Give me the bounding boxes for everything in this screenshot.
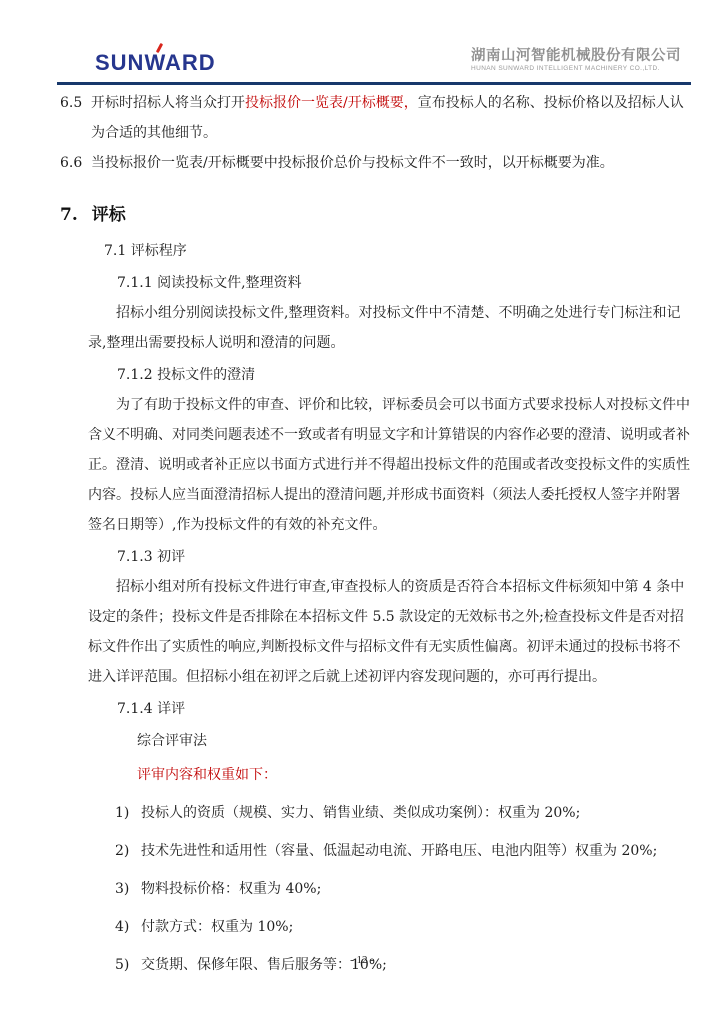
clause-text: 开标时招标人将当众打开投标报价一览表/开标概要，宣布投标人的名称、投标价格以及招… <box>91 88 690 148</box>
list-item-number: 4) <box>115 912 141 942</box>
paragraph-7-1-3: 招标小组对所有投标文件进行审查,审查投标人的资质是否符合本招标文件标须知中第 4… <box>88 572 690 692</box>
document-page: SUNWARD 湖南山河智能机械股份有限公司 HUNAN SUNWARD INT… <box>0 0 724 1024</box>
list-item-text: 投标人的资质（规模、实力、销售业绩、类似成功案例）：权重为 20%; <box>141 798 690 828</box>
page-header: SUNWARD 湖南山河智能机械股份有限公司 HUNAN SUNWARD INT… <box>57 46 691 82</box>
paragraph-7-1-4-method: 综合评审法 <box>137 726 690 756</box>
weight-list-item-3: 3) 物料投标价格：权重为 40%; <box>115 874 690 904</box>
section-7-1-1-heading: 7.1.1 阅读投标文件,整理资料 <box>117 268 690 298</box>
sunward-logo: SUNWARD <box>95 50 216 76</box>
section-7-1-2-heading: 7.1.2 投标文件的澄清 <box>117 360 690 390</box>
clause-number: 6.5 <box>60 88 91 148</box>
clause-number: 6.6 <box>60 148 91 178</box>
list-item-number: 1) <box>115 798 141 828</box>
section-7-1-heading: 7.1 评标程序 <box>104 236 690 266</box>
clause-6-5-red-phrase: 投标报价一览表/开标概要， <box>245 95 418 111</box>
clause-text: 当投标报价一览表/开标概要中投标报价总价与投标文件不一致时，以开标概要为准。 <box>91 148 690 178</box>
section-7-number: 7. <box>60 205 78 225</box>
list-item-text: 技术先进性和适用性（容量、低温起动电流、开路电压、电池内阻等）权重为 20%; <box>141 836 690 866</box>
weight-list-item-1: 1) 投标人的资质（规模、实力、销售业绩、类似成功案例）：权重为 20%; <box>115 798 690 828</box>
list-item-number: 2) <box>115 836 141 866</box>
list-item-text: 物料投标价格：权重为 40%; <box>141 874 690 904</box>
weight-list-item-4: 4) 付款方式：权重为 10%; <box>115 912 690 942</box>
list-item-number: 3) <box>115 874 141 904</box>
paragraph-7-1-2: 为了有助于投标文件的审查、评价和比较，评标委员会可以书面方式要求投标人对投标文件… <box>88 390 690 540</box>
company-name-block: 湖南山河智能机械股份有限公司 HUNAN SUNWARD INTELLIGENT… <box>471 48 681 73</box>
sunward-logo-text: SUNWARD <box>95 50 216 75</box>
list-item-text: 付款方式：权重为 10%; <box>141 912 690 942</box>
section-7-title: 评标 <box>92 205 126 225</box>
company-name-english: HUNAN SUNWARD INTELLIGENT MACHINERY CO.,… <box>471 65 681 73</box>
clause-6-5-text-before: 开标时招标人将当众打开 <box>91 95 245 111</box>
clause-6-5: 6.5 开标时招标人将当众打开投标报价一览表/开标概要，宣布投标人的名称、投标价… <box>60 88 690 148</box>
paragraph-7-1-1: 招标小组分别阅读投标文件,整理资料。对投标文件中不清楚、不明确之处进行专门标注和… <box>88 298 690 358</box>
section-7-1-3-heading: 7.1.3 初评 <box>117 542 690 572</box>
document-body: 6.5 开标时招标人将当众打开投标报价一览表/开标概要，宣布投标人的名称、投标价… <box>60 88 690 980</box>
weight-list: 1) 投标人的资质（规模、实力、销售业绩、类似成功案例）：权重为 20%; 2)… <box>60 798 690 980</box>
company-name-chinese: 湖南山河智能机械股份有限公司 <box>471 48 681 65</box>
weight-list-item-2: 2) 技术先进性和适用性（容量、低温起动电流、开路电压、电池内阻等）权重为 20… <box>115 836 690 866</box>
clause-6-6: 6.6 当投标报价一览表/开标概要中投标报价总价与投标文件不一致时，以开标概要为… <box>60 148 690 178</box>
weights-heading: 评审内容和权重如下： <box>137 760 690 790</box>
section-7-heading: 7.评标 <box>60 198 690 232</box>
page-number: - 12 - <box>0 954 724 966</box>
header-divider-rule <box>57 82 691 85</box>
section-7-1-4-heading: 7.1.4 详评 <box>117 694 690 724</box>
